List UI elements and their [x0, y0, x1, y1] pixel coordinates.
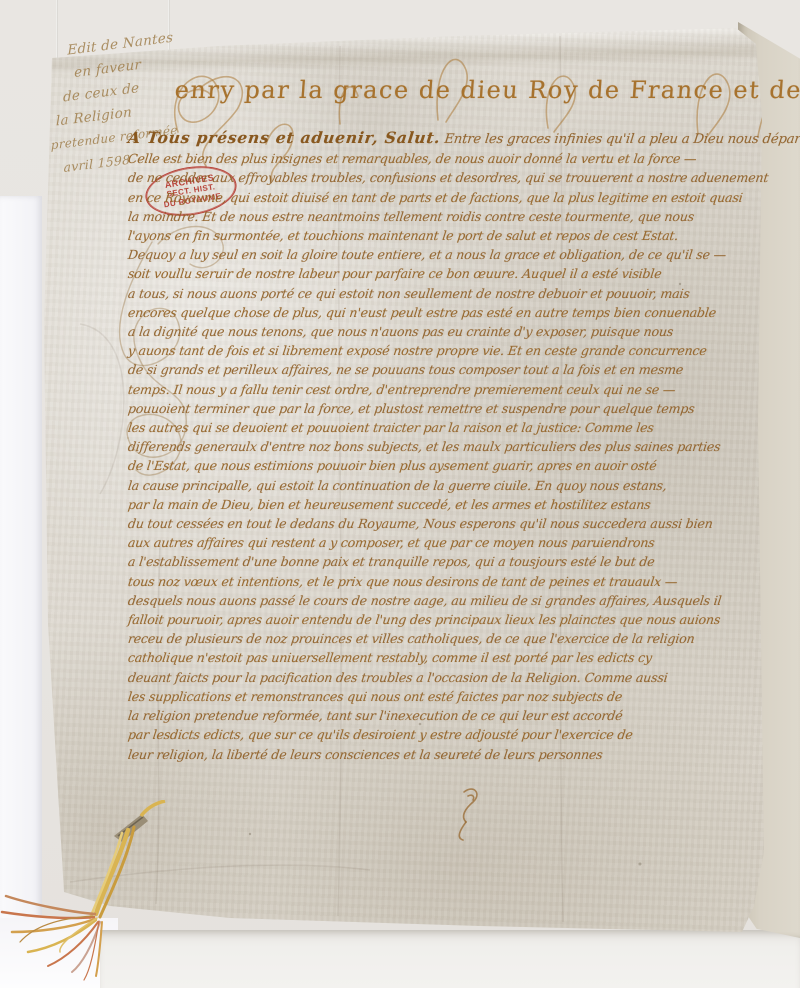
- manuscript-line: pouuoient terminer que par la force, et …: [127, 399, 725, 418]
- manuscript-line: du tout cessées en tout le dedans du Roy…: [127, 514, 725, 533]
- white-backing-sheet: [0, 196, 42, 936]
- manuscript-line: de ne cedder aux effroyables troubles, c…: [127, 168, 725, 187]
- manuscript-body: A Tous présens et aduenir, Salut. Entre …: [128, 128, 724, 764]
- manuscript-line: la religion pretendue reformée, tant sur…: [127, 706, 725, 725]
- manuscript-line: temps. Il nous y a fallu tenir cest ordr…: [127, 380, 725, 399]
- manuscript-line: la moindre. Et de nous estre neantmoins …: [127, 207, 725, 226]
- manuscript-line: tous noz vœux et intentions, et le prix …: [127, 572, 725, 591]
- table-surface: [100, 930, 800, 988]
- manuscript-line: la cause principalle, qui estoit la cont…: [127, 476, 725, 495]
- salutation-lead: A Tous présens et aduenir, Salut.: [127, 128, 442, 147]
- manuscript-line: a la dignité que nous tenons, que nous n…: [127, 322, 725, 341]
- photo-of-edict-of-nantes: { "document": { "title": "Edict of Nante…: [0, 0, 800, 988]
- manuscript-line: encores quelque chose de plus, qui n'eus…: [127, 303, 725, 322]
- manuscript-line: Celle est bien des plus insignes et rema…: [127, 149, 725, 168]
- manuscript-line: aux autres affaires qui restent a y comp…: [127, 533, 725, 552]
- manuscript-line: catholique n'estoit pas uniuersellement …: [127, 648, 725, 667]
- manuscript-line: par lesdicts edicts, que sur ce qu'ils d…: [127, 725, 725, 744]
- manuscript-line: de l'Estat, que nous estimions pouuoir b…: [127, 456, 725, 475]
- heading-text: enry par la grace de dieu Roy de France …: [174, 76, 800, 104]
- manuscript-line: y auons tant de fois et si librement exp…: [127, 341, 725, 360]
- royal-heading-line: enry par la grace de dieu Roy de France …: [126, 76, 725, 126]
- salutation-rest: Entre les graces infinies qu'il a pleu a…: [440, 132, 800, 147]
- manuscript-text-block: enry par la grace de dieu Roy de France …: [128, 76, 724, 764]
- manuscript-line: a l'establissement d'une bonne paix et t…: [127, 552, 725, 571]
- manuscript-line: a tous, si nous auons porté ce qui estoi…: [127, 284, 725, 303]
- manuscript-line: l'ayons en fin surmontée, et touchions m…: [127, 226, 725, 245]
- manuscript-line: falloit pouruoir, apres auoir entendu de…: [127, 610, 725, 629]
- manuscript-line: receu de plusieurs de noz prouinces et v…: [127, 629, 725, 648]
- manuscript-line: en ce Royaume, qui estoit diuisé en tant…: [127, 188, 725, 207]
- manuscript-line: deuant faicts pour la pacification des t…: [127, 668, 725, 687]
- manuscript-line: les autres qui se deuoient et pouuoient …: [127, 418, 725, 437]
- manuscript-line: de si grands et perilleux affaires, ne s…: [127, 360, 725, 379]
- manuscript-line: par la main de Dieu, bien et heureusemen…: [127, 495, 725, 514]
- manuscript-line: leur religion, la liberté de leurs consc…: [127, 745, 725, 764]
- salutation-line: A Tous présens et aduenir, Salut. Entre …: [127, 128, 726, 149]
- manuscript-line: desquels nous auons passé le cours de no…: [127, 591, 725, 610]
- manuscript-line: differends generaulx d'entre noz bons su…: [127, 437, 725, 456]
- manuscript-line: Dequoy a luy seul en soit la gloire tout…: [127, 245, 725, 264]
- manuscript-line: soit voullu seruir de nostre labeur pour…: [127, 264, 725, 283]
- manuscript-line: les supplications et remonstrances qui n…: [127, 687, 725, 706]
